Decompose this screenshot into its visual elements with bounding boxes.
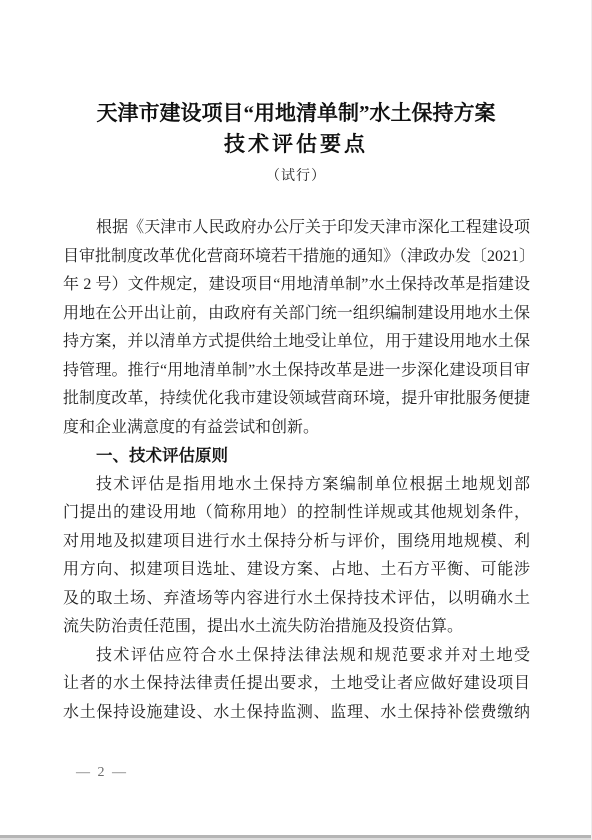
document-body: 根据《天津市人民政府办公厅关于印发天津市深化工程建设项 目审批制度改革优化营商环…	[63, 214, 530, 727]
paragraph-1-line: 目审批制度改革优化营商环境若干措施的通知》（津政办发〔2021〕	[63, 243, 530, 272]
paragraph-2-line: 对用地及拟建项目进行水土保持分析与评价，围绕用地规模、利	[63, 528, 530, 557]
page-number: — 2 —	[76, 765, 128, 781]
paragraph-1-line: 用地在公开出让前，由政府有关部门统一组织编制建设用地水土保	[63, 300, 530, 329]
paragraph-1-line: 根据《天津市人民政府办公厅关于印发天津市深化工程建设项	[63, 214, 530, 243]
title-line-1: 天津市建设项目“用地清单制”水土保持方案	[0, 98, 592, 129]
paragraph-2-line: 流失防治责任范围，提出水土流失防治措施及投资估算。	[63, 613, 530, 642]
paragraph-2-line: 用方向、拟建项目选址、建设方案、占地、土石方平衡、可能涉	[63, 556, 530, 585]
paragraph-3-line: 技术评估应符合水土保持法律法规和规范要求并对土地受	[63, 642, 530, 671]
paragraph-3-line: 让者的水土保持法律责任提出要求，土地受让者应做好建设项目	[63, 670, 530, 699]
paragraph-2-line: 门提出的建设用地（简称用地）的控制性详规或其他规划条件，	[63, 499, 530, 528]
paragraph-1-line: 持方案，并以清单方式提供给土地受让单位，用于建设用地水土保	[63, 328, 530, 357]
paragraph-1-line: 批制度改革，持续优化我市建设领域营商环境，提升审批服务便捷	[63, 385, 530, 414]
title-line-2: 技术评估要点	[0, 129, 592, 160]
document-page: 天津市建设项目“用地清单制”水土保持方案 技术评估要点 （试行） 根据《天津市人…	[0, 0, 592, 840]
document-title: 天津市建设项目“用地清单制”水土保持方案 技术评估要点	[0, 98, 592, 160]
paragraph-2-line: 技术评估是指用地水土保持方案编制单位根据土地规划部	[63, 471, 530, 500]
paragraph-3-line: 水土保持设施建设、水土保持监测、监理、水土保持补偿费缴纳	[63, 699, 530, 728]
paragraph-1-line: 持管理。推行“用地清单制”水土保持改革是进一步深化建设项目审	[63, 357, 530, 386]
document-subtitle: （试行）	[0, 165, 592, 185]
paragraph-2-line: 及的取土场、弃渣场等内容进行水土保持技术评估，以明确水土	[63, 585, 530, 614]
paragraph-1-line: 年 2 号）文件规定，建设项目“用地清单制”水土保持改革是指建设	[63, 271, 530, 300]
section-heading-1: 一、技术评估原则	[63, 442, 530, 471]
paragraph-1-line: 度和企业满意度的有益尝试和创新。	[63, 414, 530, 443]
